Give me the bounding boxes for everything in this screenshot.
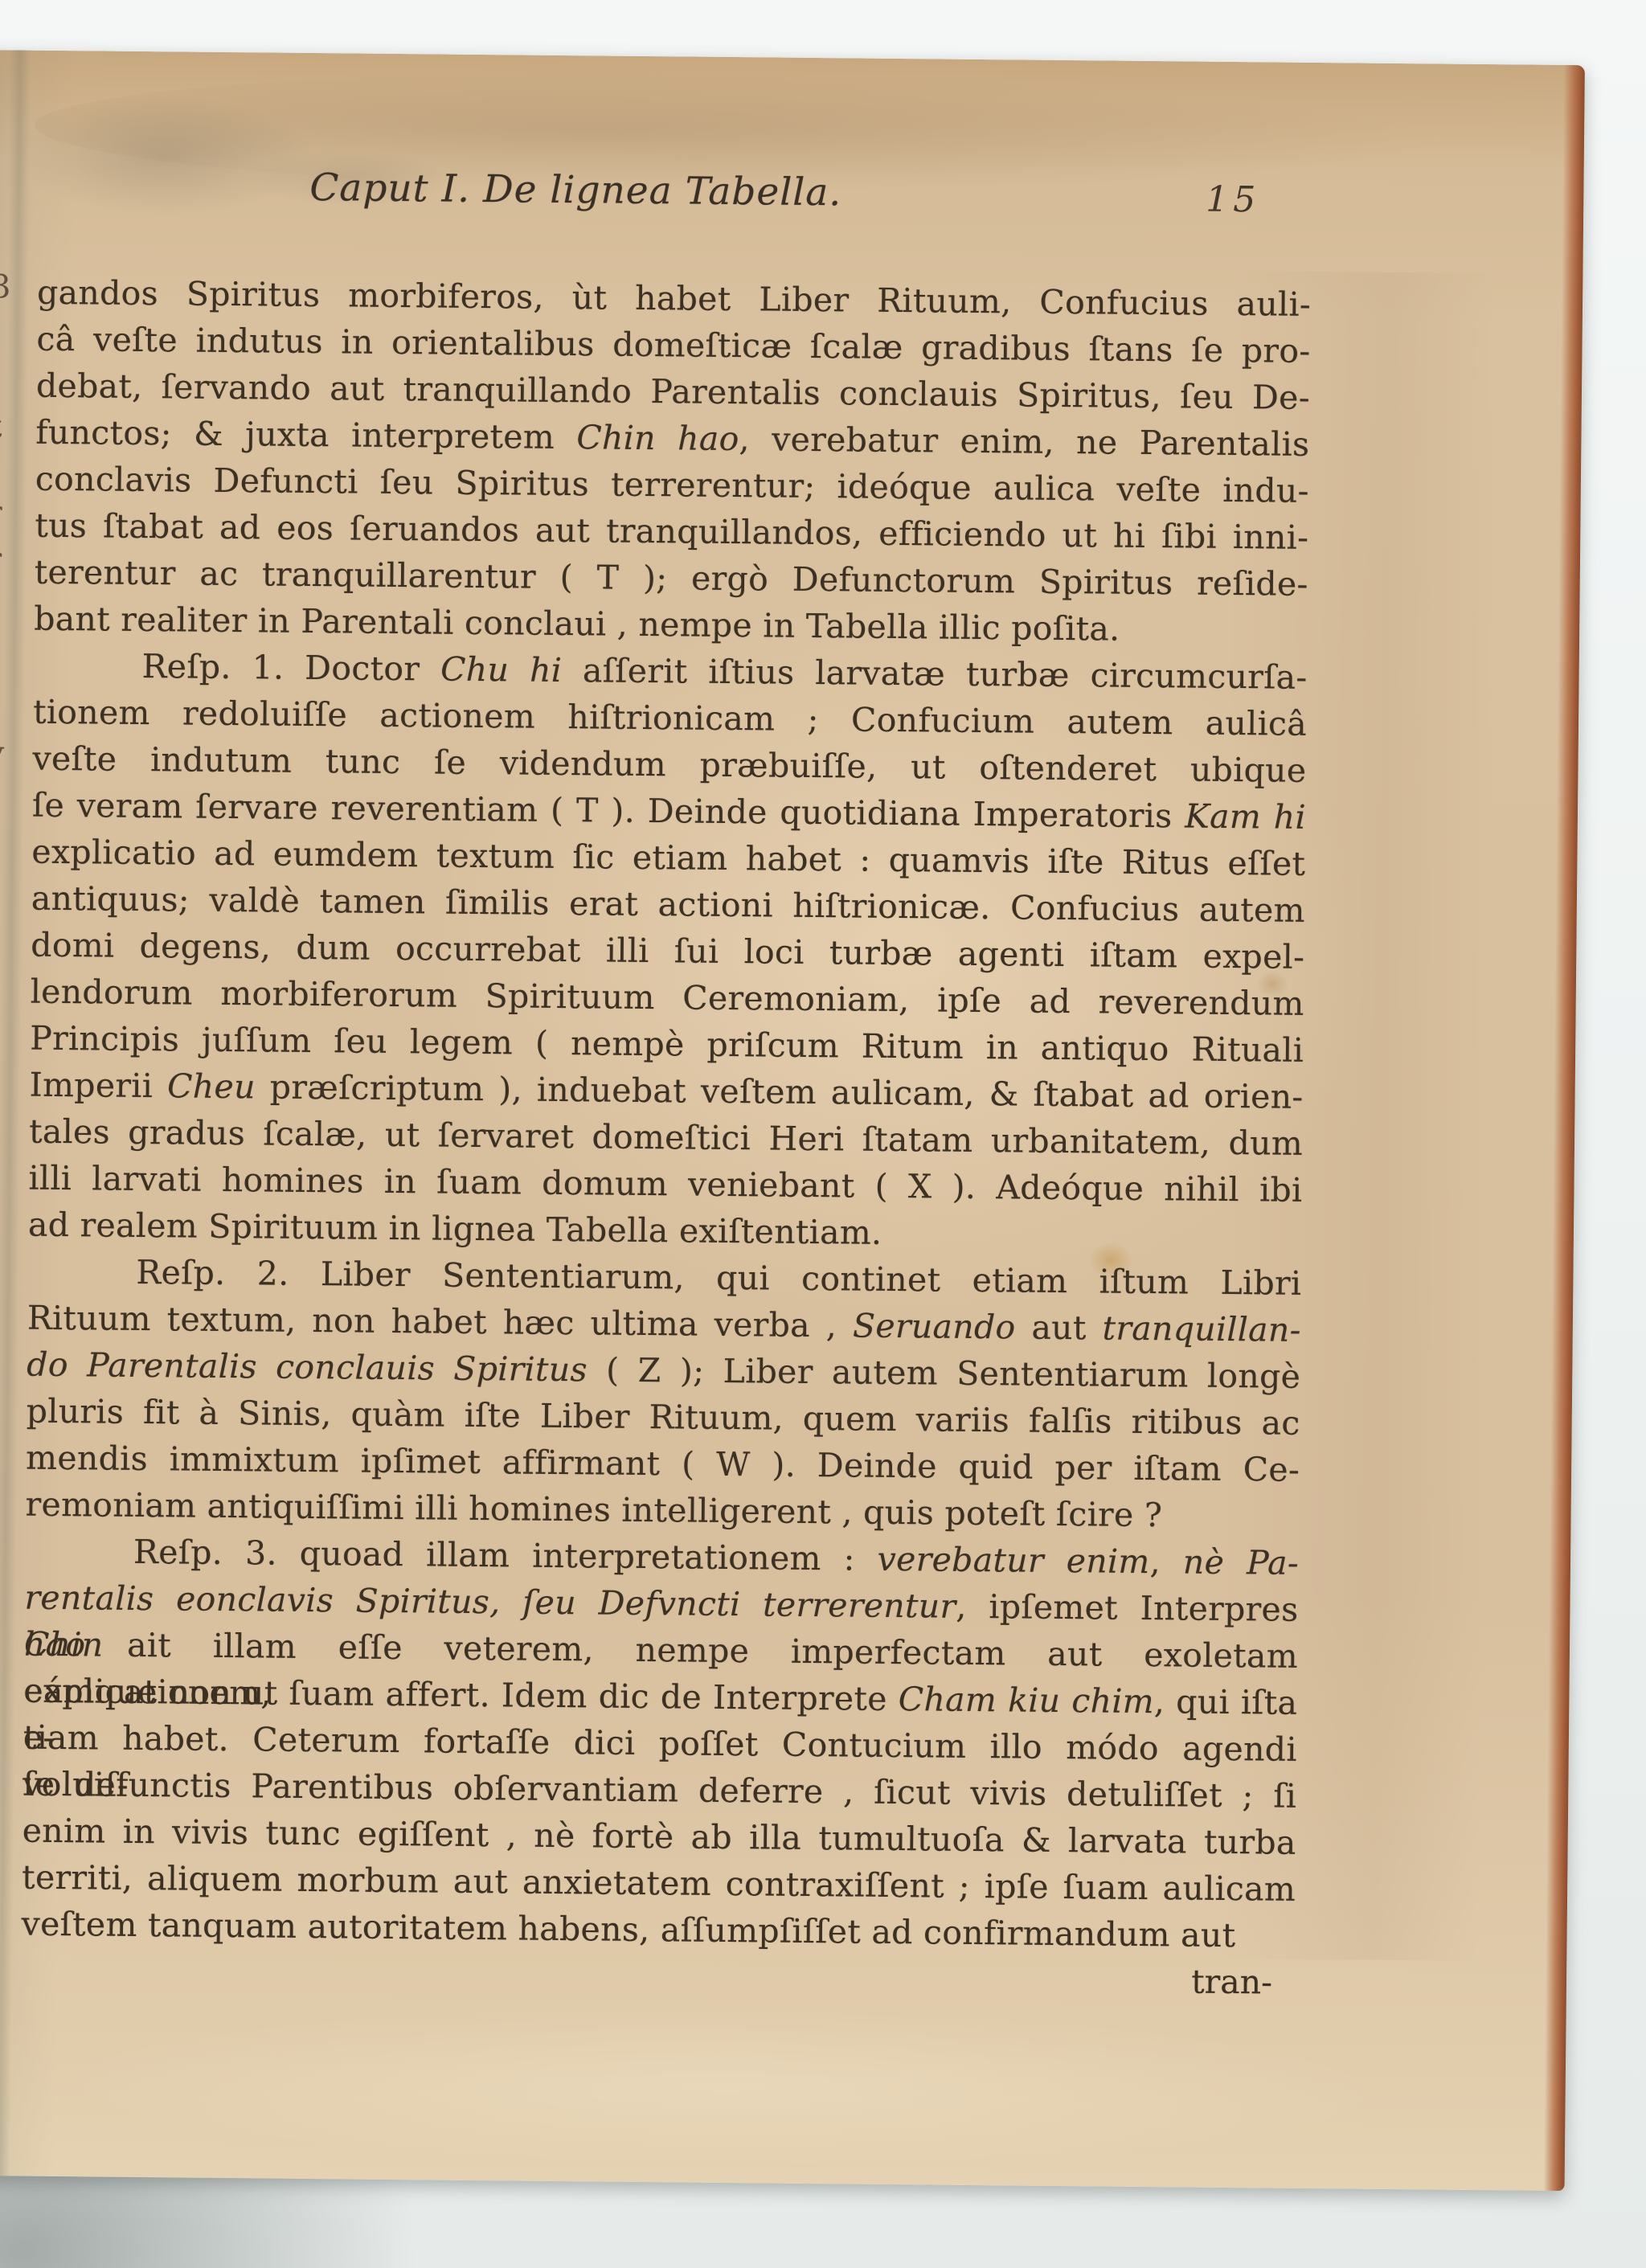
roman-segment: Reſp. 3. quoad illam interpretationem : <box>133 1533 878 1578</box>
margin-fragment <box>0 1848 12 1895</box>
margin-fragment: 3 <box>0 1196 18 1242</box>
roman-segment: tionem redoluiſſe actionem hiſtrionicam … <box>33 693 1307 743</box>
margin-fragment: ) <box>0 310 27 357</box>
italic-segment: Kam hi <box>1185 796 1306 836</box>
margin-fragment: t <box>0 683 23 730</box>
roman-segment: , ipſemet Interpres <box>956 1587 1299 1629</box>
margin-fragment: J <box>0 590 24 637</box>
roman-segment: territi, aliquem morbum aut anxietatem c… <box>22 1858 1296 1909</box>
roman-segment: lendorum morbiferorum Spirituum Ceremoni… <box>31 972 1304 1023</box>
margin-fragment <box>0 1755 13 1802</box>
roman-segment: gandos Spiritus morbiferos, ùt habet Lib… <box>37 273 1311 324</box>
roman-segment: Rituum textum, non habet hæc ultima verb… <box>27 1299 854 1345</box>
roman-segment: eámque non ut ſuam affert. Idem dic de I… <box>23 1672 899 1718</box>
roman-segment: bant realiter in Parentali conclaui , ne… <box>34 600 1120 649</box>
margin-fragment: s <box>0 870 21 916</box>
book-page: 3))t)ffJtvl(s)l[[li3[ll|l Caput I. De li… <box>0 50 1585 2191</box>
margin-fragment: [ <box>0 1056 19 1103</box>
margin-fragment: l <box>0 1103 18 1149</box>
margin-fragment: | <box>0 1429 16 1476</box>
page-content: Caput I. De lignea Tabella. 15 gandos Sp… <box>21 163 1312 2006</box>
roman-segment: , <box>1149 1542 1183 1581</box>
margin-fragment: ( <box>0 823 22 870</box>
italic-segment: Chin hao <box>576 418 739 458</box>
margin-fragment: i <box>0 1149 18 1196</box>
margin-fragment <box>0 1662 14 1709</box>
roman-segment: mendis immixtum ipſimet affirmant ( W ).… <box>26 1439 1300 1489</box>
margin-fragment: l <box>0 776 22 823</box>
margin-fragment: l <box>0 1476 15 1522</box>
paper-stain <box>80 2004 1367 2168</box>
roman-segment: ſe veram ſervare reverentiam ( T ). Dein… <box>32 786 1185 836</box>
margin-fragment: ) <box>0 357 26 403</box>
roman-segment: enim in vivis tunc egiſſent , nè fortè a… <box>23 1812 1296 1862</box>
margin-fragment <box>0 1569 14 1615</box>
roman-segment: pluris fit à Sinis, quàm iſte Liber Ritu… <box>27 1392 1300 1443</box>
italic-segment: hao <box>24 1625 86 1664</box>
roman-segment: conclavis Defuncti ſeu Spiritus terreren… <box>35 460 1309 510</box>
running-head: Caput I. De lignea Tabella. 15 <box>38 163 1312 238</box>
margin-fragment <box>0 1709 13 1755</box>
margin-fragment <box>0 1802 12 1848</box>
roman-segment: remoniam antiquiſſimi illi homines intel… <box>25 1485 1162 1535</box>
margin-fragment: 3 <box>0 264 27 310</box>
roman-segment: præſcriptum ), induebat veſtem aulicam, … <box>256 1067 1304 1116</box>
body-lines: gandos Spiritus morbiferos, ùt habet Lib… <box>21 269 1311 1959</box>
roman-segment: câ veſte indutus in orientalibus domeſti… <box>36 320 1310 370</box>
margin-fragment: [ <box>0 1242 18 1289</box>
roman-segment: veſte indutum tunc ſe videndum præbuiſſe… <box>32 739 1306 790</box>
margin-fragment: l <box>0 963 20 1009</box>
margin-fragment <box>0 637 23 683</box>
roman-segment: tales gradus ſcalæ, ut ſervaret domeſtic… <box>29 1112 1303 1163</box>
roman-segment: debat, ſervando aut tranquillando Parent… <box>36 366 1310 417</box>
margin-fragment: f <box>0 497 25 543</box>
roman-segment: Principis juſſum ſeu legem ( nempè priſc… <box>30 1019 1304 1070</box>
margin-fragment: v <box>0 730 23 776</box>
margin-fragment: f <box>0 543 24 590</box>
italic-segment: verebatur enim <box>877 1540 1149 1581</box>
italic-segment: nè Pa- <box>1183 1542 1300 1582</box>
roman-segment: domi degens, dum occurrebat illi ſui loc… <box>31 926 1304 976</box>
roman-segment: tus ſtabat ad eos ſeruandos aut tranquil… <box>35 506 1308 557</box>
roman-segment: Imperii <box>29 1066 167 1106</box>
roman-segment: explicatio ad eumdem textum ſic etiam ha… <box>31 833 1305 883</box>
roman-segment: Reſp. 1. Doctor <box>141 647 440 689</box>
italic-segment: Seruando <box>853 1307 1016 1347</box>
margin-fragment <box>0 1895 11 1942</box>
roman-segment: aſſerit iſtius larvatæ turbæ circumcurſa… <box>562 651 1308 697</box>
scanned-book-photo: 3))t)ffJtvl(s)l[[li3[ll|l Caput I. De li… <box>0 0 1646 2268</box>
margin-fragment <box>0 1615 14 1662</box>
chapter-heading: Caput I. De lignea Tabella. <box>309 166 841 215</box>
margin-fragment: ) <box>0 450 25 497</box>
roman-segment: , verebatur enim, ne Parentalis <box>739 420 1309 464</box>
italic-segment: do Parentalis conclauis Spiritus <box>27 1345 588 1390</box>
margin-fragment <box>0 1289 17 1336</box>
roman-segment: terentur ac tranquillarentur ( T ); ergò… <box>35 553 1308 604</box>
margin-fragment: l <box>0 1336 17 1382</box>
italic-segment: rentalis eonclavis Spiritus, ſeu Defvnct… <box>24 1578 956 1626</box>
italic-segment: Cham kiu chim <box>899 1680 1155 1721</box>
roman-segment: aut <box>1015 1308 1102 1347</box>
margin-fragment: [ <box>0 1009 20 1056</box>
margin-fragment: l <box>0 1382 16 1429</box>
margin-fragment: ) <box>0 916 21 963</box>
margin-fragment: t <box>0 403 26 450</box>
italic-segment: Cheu <box>167 1066 256 1106</box>
page-number: 15 <box>1206 179 1260 221</box>
roman-segment: ſe defunctis Parentibus obſervantiam def… <box>23 1765 1296 1816</box>
italic-segment: Chu hi <box>440 650 563 690</box>
roman-segment: ad realem Spirituum in lignea Tabella ex… <box>28 1206 882 1252</box>
margin-fragment <box>0 1522 14 1569</box>
roman-segment: ( Z ); Liber autem Sententiarum longè <box>588 1350 1301 1396</box>
roman-segment: antiquus; valdè tamen ſimilis erat actio… <box>31 879 1305 930</box>
roman-segment: functos; & juxta interpretem <box>35 413 576 456</box>
italic-segment: tranquillan- <box>1102 1308 1301 1349</box>
roman-segment: veſtem tanquam autoritatem habens, aſſum… <box>21 1905 1235 1955</box>
roman-segment: illi larvati homines in ſuam domum venie… <box>28 1159 1302 1210</box>
roman-segment: Reſp. 2. Liber Sententiarum, qui contine… <box>136 1253 1301 1303</box>
